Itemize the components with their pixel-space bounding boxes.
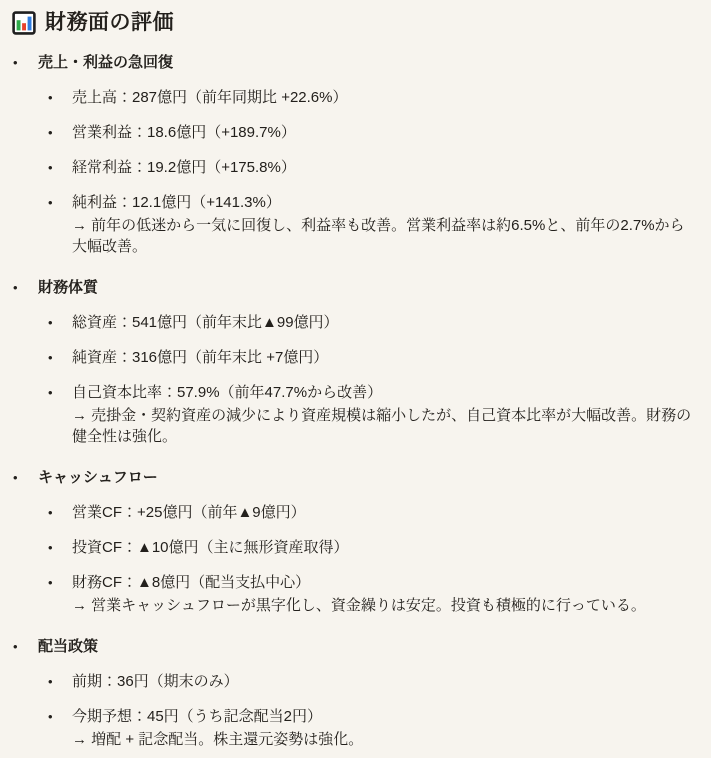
item-text: 投資CF：▲10億円（主に無形資産取得）: [72, 537, 695, 559]
item-text: 自己資本比率：57.9%（前年47.7%から改善）: [72, 382, 695, 404]
item-text: 純利益：12.1億円（+141.3%）: [72, 192, 695, 214]
section-items: 営業CF：+25億円（前年▲9億円） 投資CF：▲10億円（主に無形資産取得） …: [38, 502, 695, 616]
bar-blue: [28, 17, 32, 31]
section-items: 売上高：287億円（前年同期比 +22.6%） 営業利益：18.6億円（+189…: [38, 87, 695, 257]
evaluation-list: 売上・利益の急回復 売上高：287億円（前年同期比 +22.6%） 営業利益：1…: [10, 52, 695, 750]
list-item: 営業利益：18.6億円（+189.7%）: [38, 122, 695, 144]
item-text: 純資産：316億円（前年末比 +7億円）: [72, 347, 695, 369]
item-note: → 前年の低迷から一気に回復し、利益率も改善。営業利益率は約6.5%と、前年の2…: [72, 215, 695, 257]
section-dividend-policy: 配当政策 前期：36円（期末のみ） 今期予想：45円（うち記念配当2円） → 増…: [10, 636, 695, 750]
section-heading: 財務体質: [38, 279, 98, 296]
section-financial-health: 財務体質 総資産：541億円（前年末比▲99億円） 純資産：316億円（前年末比…: [10, 277, 695, 447]
item-note: → 増配 + 記念配当。株主還元姿勢は強化。: [72, 729, 695, 750]
section-items: 総資産：541億円（前年末比▲99億円） 純資産：316億円（前年末比 +7億円…: [38, 312, 695, 447]
page-title: 財務面の評価: [45, 10, 174, 36]
item-text: 営業利益：18.6億円（+189.7%）: [72, 122, 695, 144]
document-page: 財務面の評価 売上・利益の急回復 売上高：287億円（前年同期比 +22.6%）…: [0, 0, 711, 750]
section-items: 前期：36円（期末のみ） 今期予想：45円（うち記念配当2円） → 増配 + 記…: [38, 671, 695, 750]
item-text: 経常利益：19.2億円（+175.8%）: [72, 157, 695, 179]
item-text: 営業CF：+25億円（前年▲9億円）: [72, 502, 695, 524]
list-item: 営業CF：+25億円（前年▲9億円）: [38, 502, 695, 524]
list-item: 純資産：316億円（前年末比 +7億円）: [38, 347, 695, 369]
section-cash-flow: キャッシュフロー 営業CF：+25億円（前年▲9億円） 投資CF：▲10億円（主…: [10, 467, 695, 616]
item-text: 今期予想：45円（うち記念配当2円）: [72, 706, 695, 728]
list-item: 自己資本比率：57.9%（前年47.7%から改善） → 売掛金・契約資産の減少に…: [38, 382, 695, 447]
list-item: 売上高：287億円（前年同期比 +22.6%）: [38, 87, 695, 109]
list-item: 経常利益：19.2億円（+175.8%）: [38, 157, 695, 179]
list-item: 純利益：12.1億円（+141.3%） → 前年の低迷から一気に回復し、利益率も…: [38, 192, 695, 257]
list-item: 前期：36円（期末のみ）: [38, 671, 695, 693]
item-text: 総資産：541億円（前年末比▲99億円）: [72, 312, 695, 334]
item-text: 前期：36円（期末のみ）: [72, 671, 695, 693]
bar-green: [17, 20, 21, 30]
item-text: 財務CF：▲8億円（配当支払中心）: [72, 572, 695, 594]
section-heading: 売上・利益の急回復: [38, 54, 173, 71]
section-heading: キャッシュフロー: [38, 469, 158, 486]
page-header: 財務面の評価: [12, 10, 695, 36]
list-item: 財務CF：▲8億円（配当支払中心） → 営業キャッシュフローが黒字化し、資金繰り…: [38, 572, 695, 616]
item-text: 売上高：287億円（前年同期比 +22.6%）: [72, 87, 695, 109]
list-item: 総資産：541億円（前年末比▲99億円）: [38, 312, 695, 334]
bar-chart-icon: [12, 11, 36, 35]
list-item: 投資CF：▲10億円（主に無形資産取得）: [38, 537, 695, 559]
list-item: 今期予想：45円（うち記念配当2円） → 増配 + 記念配当。株主還元姿勢は強化…: [38, 706, 695, 750]
section-heading: 配当政策: [38, 638, 98, 655]
section-sales-recovery: 売上・利益の急回復 売上高：287億円（前年同期比 +22.6%） 営業利益：1…: [10, 52, 695, 257]
item-note: → 売掛金・契約資産の減少により資産規模は縮小したが、自己資本比率が大幅改善。財…: [72, 405, 695, 447]
bar-red: [22, 23, 26, 30]
item-note: → 営業キャッシュフローが黒字化し、資金繰りは安定。投資も積極的に行っている。: [72, 595, 695, 616]
